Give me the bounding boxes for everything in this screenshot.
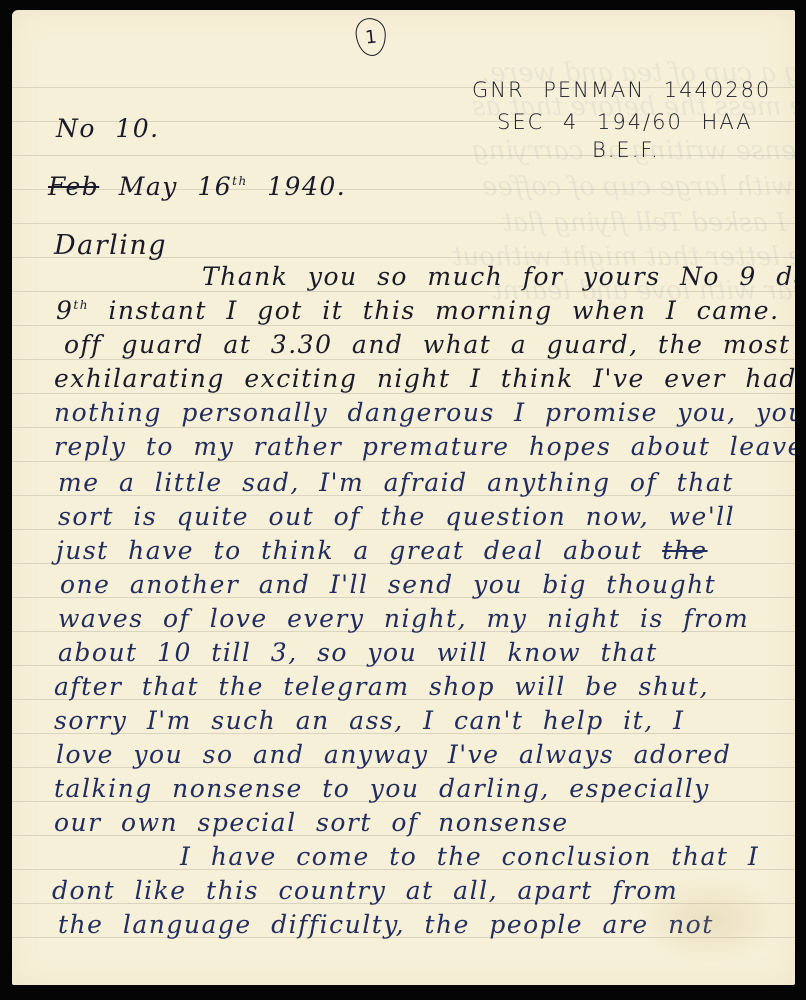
ruled-line <box>12 155 795 156</box>
struck-month: Feb <box>48 172 99 201</box>
body-line: the language difficulty, the people are … <box>58 912 714 937</box>
ruled-line <box>12 393 795 394</box>
letter-date: Feb May 16th 1940. <box>48 174 346 199</box>
line-text: just have to think a great deal about <box>56 536 662 565</box>
body-line: love you so and anyway I've always adore… <box>56 742 731 767</box>
body-line: off guard at 3.30 and what a guard, the … <box>64 332 791 357</box>
ordinal-number: 9 <box>56 296 73 325</box>
body-line: one another and I'll send you big though… <box>60 572 716 597</box>
body-line: just have to think a great deal about th… <box>56 538 708 563</box>
body-line: waves of love every night, my night is f… <box>58 606 749 631</box>
ruled-line <box>12 291 795 292</box>
body-line: our own special sort of nonsense <box>54 810 569 835</box>
ruled-line <box>12 359 795 360</box>
ordinal-suffix: th <box>73 298 89 312</box>
sender-rank-name-number: GNR PENMAN 1440280 <box>472 80 771 101</box>
date-suffix: th <box>232 174 248 188</box>
body-line: sorry I'm such an ass, I can't help it, … <box>54 708 685 733</box>
salutation: Darling <box>54 232 167 259</box>
ruled-line <box>12 427 795 428</box>
page-number-circle: 1 <box>354 17 388 58</box>
date-day: 16 <box>197 172 232 201</box>
ruled-line <box>12 325 795 326</box>
body-line: after that the telegram shop will be shu… <box>54 674 709 699</box>
letter-number: No 10. <box>56 116 160 141</box>
body-line: me a little sad, I'm afraid anything of … <box>58 470 734 495</box>
body-line: nothing personally dangerous I promise y… <box>54 400 795 425</box>
ruled-line <box>12 461 795 462</box>
scanned-letter: is taking a cup of tea and were, in the … <box>0 0 806 1000</box>
ruled-line <box>12 223 795 224</box>
body-line: reply to my rather premature hopes about… <box>54 434 795 459</box>
body-line: dont like this country at all, apart fro… <box>52 878 678 903</box>
body-line: sort is quite out of the question now, w… <box>58 504 735 529</box>
body-line: 9th instant I got it this morning when I… <box>56 298 780 323</box>
sender-force: B.E.F. <box>592 140 660 161</box>
bleed-through-text: in the morning with large cup of coffee <box>482 172 795 202</box>
line-text: instant I got it this morning when I cam… <box>89 296 780 325</box>
body-line: about 10 till 3, so you will know that <box>58 640 658 665</box>
sender-unit: SEC 4 194/60 HAA <box>497 112 753 133</box>
body-line: exhilarating exciting night I think I've… <box>54 366 795 391</box>
date-month: May <box>119 172 178 201</box>
letter-paper: is taking a cup of tea and were, in the … <box>12 10 795 985</box>
body-line: I have come to the conclusion that I <box>180 844 759 869</box>
struck-word: the <box>662 536 707 565</box>
body-line: talking nonsense to you darling, especia… <box>54 776 710 801</box>
date-year: 1940. <box>267 172 346 201</box>
body-line: Thank you so much for yours No 9 dated <box>202 264 795 289</box>
